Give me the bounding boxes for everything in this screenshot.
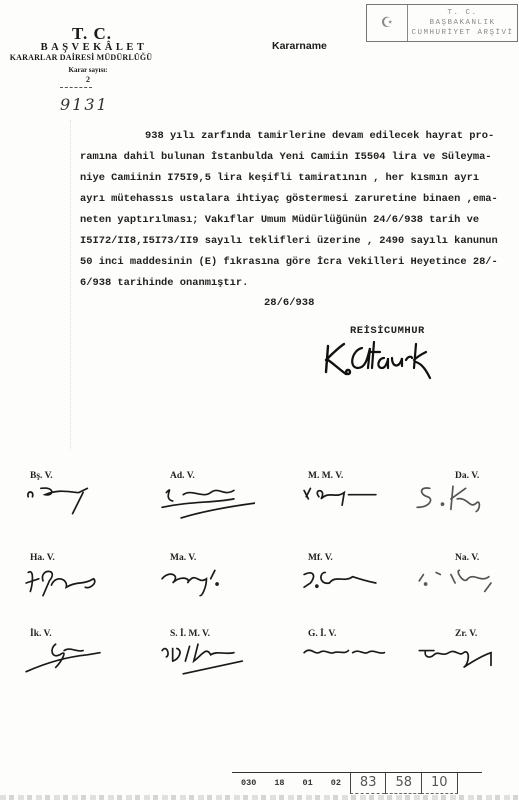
decision-number: 2	[68, 75, 108, 84]
minister-signature: K. Özalp	[302, 482, 397, 520]
decree-body: 938 yılı zarfında tamirlerine devam edil…	[80, 126, 510, 294]
signature-label: Ha. V.	[30, 553, 55, 563]
signature-label: Mf. V.	[308, 553, 333, 563]
signature-label: S. İ. M. V.	[170, 629, 210, 639]
document-type: Kararname	[272, 40, 327, 52]
signature-label: G. İ. V.	[308, 629, 336, 639]
header-ministry: BAŞVEKÂLET	[34, 42, 154, 53]
minister-signature: S. Arıkan	[302, 564, 397, 602]
body-line: 6/938 tarihinde onanmıştır.	[80, 273, 510, 294]
stamp-line-1: T. C.	[447, 8, 477, 18]
header-directorate: KARARLAR DAİRESİ MÜDÜRLÜĞÜ	[6, 53, 156, 62]
signature-label: Ma. V.	[170, 553, 196, 563]
crescent-star-icon: ☪	[367, 5, 408, 41]
header-state: T. C.	[62, 24, 122, 44]
minister-signature: Ş. Kaya	[415, 482, 510, 520]
body-line: ramına dahil bulunan İstanbulda Yeni Cam…	[80, 147, 510, 168]
body-line: ayrı mütehassıs ustalara ihtiyaç gösterm…	[80, 189, 510, 210]
signature-label: İk. V.	[30, 629, 52, 639]
minister-signature: F. Ağral	[160, 564, 255, 602]
minister-signature: Ş. Erdoğan	[415, 640, 510, 678]
minister-signature: A. Ç. Kayalar	[415, 564, 510, 602]
minister-signature: Ş. Kesebir	[24, 640, 119, 678]
decision-number-label: Karar sayısı:	[48, 66, 128, 74]
minister-signature: C. Bayar	[24, 482, 119, 520]
signature-label: Na. V.	[455, 553, 479, 563]
archive-code-hand: 58	[385, 773, 421, 794]
document-page: T. C. BAŞVEKÂLET KARARLAR DAİRESİ MÜDÜRL…	[0, 0, 519, 800]
minister-signature: Ş. Saracoğlu	[160, 482, 255, 520]
stamp-line-3: CUMHURİYET ARŞİVİ	[411, 28, 513, 38]
stamp-line-2: BAŞBAKANLIK	[429, 18, 495, 28]
scan-edge	[0, 795, 519, 800]
margin-line	[70, 120, 71, 450]
minister-signature: T. R. Aras	[24, 564, 119, 602]
minister-signature: Rana Tarhan	[302, 640, 397, 678]
signature-label: Da. V.	[455, 471, 479, 481]
archive-stamp: ☪ T. C. BAŞBAKANLIK CUMHURİYET ARŞİVİ	[366, 4, 518, 42]
decree-date: 28/6/938	[264, 297, 314, 309]
archive-code-cell: 18	[265, 778, 293, 788]
signature-label: Zr. V.	[455, 629, 477, 639]
header-divider	[60, 87, 92, 88]
archive-code: 030 18 01 02 83 58 10	[232, 772, 482, 793]
body-line: niye Camiinin I75I9,5 lira keşifli tamir…	[80, 168, 510, 189]
archive-code-cell: 030	[232, 778, 265, 788]
handwritten-number: 9131	[60, 95, 109, 114]
archive-code-hand: 83	[350, 773, 386, 794]
signature-label: Ad. V.	[170, 471, 195, 481]
archive-code-cell: 02	[322, 778, 350, 788]
minister-signature: Dr. H. Alataş	[160, 640, 255, 678]
body-line: I5I72/II8,I5I73/II9 sayılı teklifleri üz…	[80, 231, 510, 252]
archive-code-hand: 10	[421, 773, 458, 794]
body-line: neten yaptırılması; Vakıflar Umum Müdürl…	[80, 210, 510, 231]
signature-label: Bş. V.	[30, 471, 53, 481]
body-line: 50 inci maddesinin (E) fıkrasına göre İc…	[80, 252, 510, 273]
president-signature: K. Atatürk	[318, 334, 438, 382]
archive-code-cell: 01	[294, 778, 322, 788]
body-line: 938 yılı zarfında tamirlerine devam edil…	[80, 126, 510, 147]
signature-label: M. M. V.	[308, 471, 343, 481]
